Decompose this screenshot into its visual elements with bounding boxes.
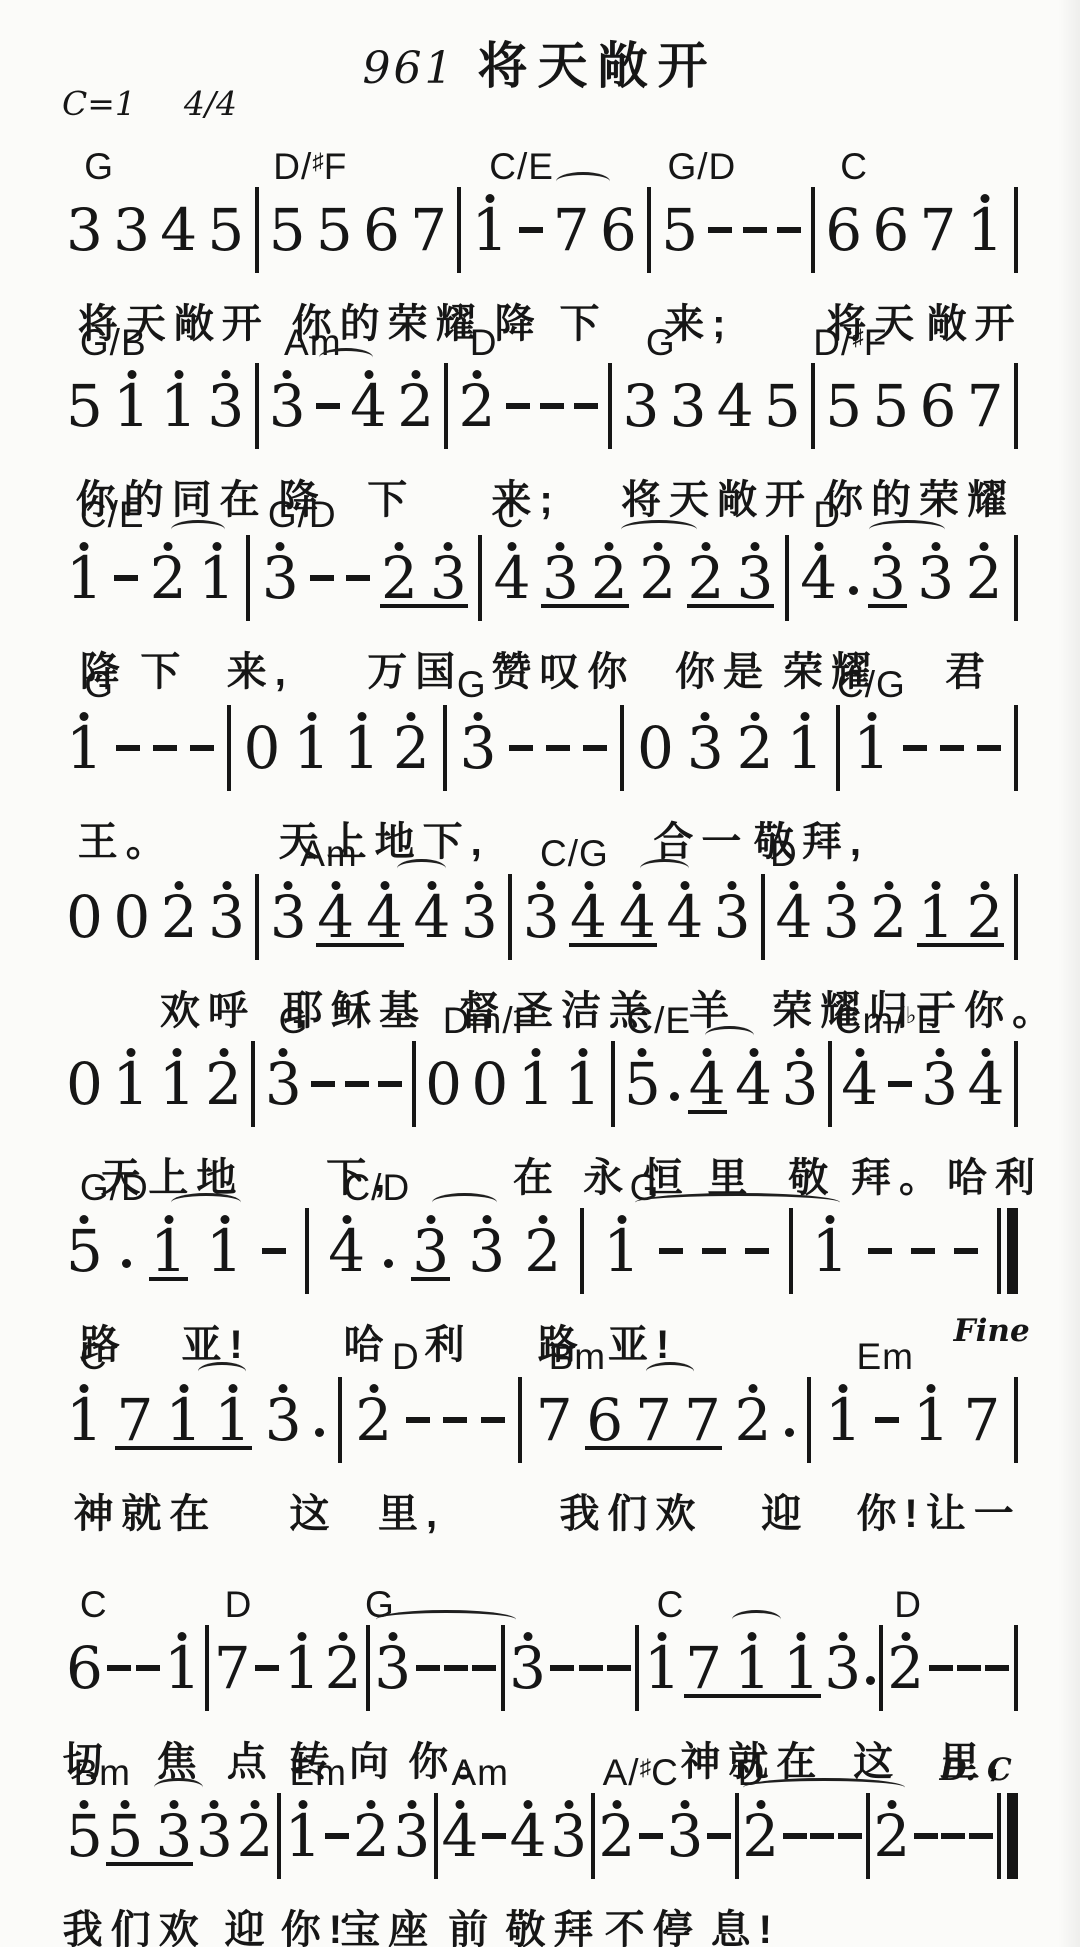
- barline: [305, 1208, 309, 1294]
- barline: [1014, 1377, 1018, 1463]
- note-digit: 6: [600, 186, 637, 274]
- note-digit-high: 3: [461, 873, 498, 961]
- note-digit-high: 4: [328, 1207, 365, 1295]
- sheet-music-page: 961将天敞开 C=14/4 GD/♯FC/EG/DC3345556717656…: [0, 0, 1080, 1947]
- note-digit-high: 4: [414, 873, 451, 961]
- rest-note: 0: [637, 704, 674, 792]
- note-digit-high: 1: [66, 704, 103, 792]
- note-digit-high: 3: [374, 1624, 411, 1712]
- lyric-syllable: 神就在: [73, 1482, 217, 1539]
- duration-dash: [311, 1081, 335, 1087]
- duration-dash: [583, 745, 607, 751]
- chord-label: Em: [289, 1752, 347, 1794]
- barline: [277, 1793, 281, 1879]
- note-digit-high: 2: [355, 1376, 392, 1464]
- chord-label: C/D: [343, 1167, 410, 1209]
- note-digit-high: 3: [269, 362, 306, 450]
- rest-note: 0: [425, 1040, 462, 1128]
- duration-dash: [509, 745, 533, 751]
- underline-group: 44: [317, 873, 403, 961]
- note-digit-high: 1: [471, 186, 508, 274]
- note-digit-high: 2: [205, 1040, 242, 1128]
- slur-arc: [198, 1362, 247, 1381]
- chord-row: GGC/G: [0, 664, 1080, 702]
- underline-group: 53: [107, 1792, 193, 1880]
- barline: [879, 1625, 883, 1711]
- note-digit-high: 4: [775, 873, 812, 961]
- note-digit-high: 2: [237, 1792, 274, 1880]
- note-digit-high: 3: [207, 362, 244, 450]
- note-digit: 7: [920, 186, 957, 274]
- note-digit-high: 2: [737, 704, 774, 792]
- chord-label: C: [80, 1584, 108, 1626]
- note-digit-high: 3: [468, 1207, 505, 1295]
- note-digit-high: 4: [800, 534, 837, 622]
- note-digit: 3: [66, 186, 103, 274]
- duration-dash: [472, 1665, 496, 1671]
- note-digit-high: 4: [619, 873, 656, 961]
- staff-system-10: BmEmAmA/♯CDD. C553321234432322我们欢迎你!宝座前敬…: [0, 1752, 1080, 1947]
- duration-dash: [540, 403, 564, 409]
- slur-arc: [869, 520, 945, 539]
- note-digit-high: 3: [687, 704, 724, 792]
- augmentation-dot: [122, 1259, 131, 1268]
- accidental: ♯: [312, 148, 324, 174]
- barline: [1014, 874, 1018, 960]
- duration-dash: [743, 227, 767, 233]
- note-digit-high: 1: [913, 1376, 950, 1464]
- slur-arc: [171, 1193, 241, 1212]
- duration-dash: [136, 1665, 160, 1671]
- notes-row: 553321234432322: [66, 1792, 1018, 1880]
- barline: [647, 187, 651, 273]
- duration-dash: [868, 1248, 892, 1254]
- note-digit-high: 1: [159, 1040, 196, 1128]
- chord-label: D/♯F: [273, 146, 347, 188]
- final-barline: [997, 1793, 1018, 1879]
- lyric-syllable: 息!: [711, 1898, 780, 1947]
- underline-group: 23: [688, 534, 774, 622]
- slur-arc: [556, 172, 610, 191]
- song-number: 961: [363, 43, 456, 94]
- lyric-syllable: 宝座: [340, 1898, 436, 1947]
- note-digit-high: 5: [66, 1792, 103, 1880]
- slur-arc: [154, 1778, 203, 1797]
- chord-row: GD/♯FC/EG/DC: [0, 146, 1080, 184]
- final-barline: [997, 1208, 1018, 1294]
- chord-label: Dm/F: [443, 1000, 537, 1042]
- final-barline-thick: [1007, 1208, 1018, 1294]
- chord-label: C: [657, 1584, 685, 1626]
- note-digit-high: 1: [293, 704, 330, 792]
- notes-row: 1213234322234332: [66, 534, 1018, 622]
- chord-label: G: [279, 1000, 309, 1042]
- barline: [635, 1625, 639, 1711]
- slur-arc: [319, 348, 373, 367]
- note-digit-high: 1: [825, 1376, 862, 1464]
- duration-dash: [977, 745, 1001, 751]
- note-digit: 7: [214, 1624, 251, 1712]
- duration-dash: [574, 403, 598, 409]
- barline: [227, 705, 231, 791]
- da-capo-mark: D. C: [940, 1752, 1012, 1788]
- note-digit-high: 1: [113, 362, 150, 450]
- note-digit-high: 1: [967, 186, 1004, 274]
- rest-note: 0: [66, 1040, 103, 1128]
- underline-group: 711: [685, 1624, 820, 1712]
- note-digit-high: 3: [542, 534, 579, 622]
- rest-note: 0: [66, 873, 103, 961]
- note-digit: 5: [764, 362, 801, 450]
- barline: [251, 1041, 255, 1127]
- note-digit: 4: [160, 186, 197, 274]
- lyric-syllable: 里,: [378, 1482, 445, 1539]
- accidental: ♯: [640, 1754, 652, 1780]
- note-digit-high: 2: [966, 534, 1003, 622]
- notes-row: 0023344433444343212: [66, 873, 1018, 961]
- rest-note: 0: [471, 1040, 508, 1128]
- barline: [478, 535, 482, 621]
- note-digit-high: 2: [688, 534, 725, 622]
- slur-arc: [376, 1610, 516, 1629]
- barline: [761, 874, 765, 960]
- barline: [828, 1041, 832, 1127]
- slur-arc: [646, 1362, 695, 1381]
- barline: [608, 363, 612, 449]
- lyrics-row: 神就在这里,我们欢迎你!让一: [0, 1482, 1080, 1532]
- chord-label: Bm: [73, 1752, 131, 1794]
- note-digit-high: 3: [393, 1792, 430, 1880]
- note-digit-high: 3: [460, 704, 497, 792]
- note-digit-high: 3: [509, 1624, 546, 1712]
- note-digit: 5: [66, 362, 103, 450]
- note-digit: 5: [661, 186, 698, 274]
- notes-row: 3345556717656671: [66, 186, 1018, 274]
- underline-group: 4: [689, 1040, 726, 1128]
- note-digit-high: 3: [155, 1792, 192, 1880]
- chord-label: D: [470, 322, 498, 364]
- barline: [1014, 1625, 1018, 1711]
- note-digit: 6: [872, 186, 909, 274]
- duration-dash: [888, 1081, 912, 1087]
- note-digit-high: 2: [591, 534, 628, 622]
- duration-dash: [985, 1665, 1009, 1671]
- chord-label: C: [80, 1336, 108, 1378]
- barline: [1014, 1041, 1018, 1127]
- notes-row: 17113276772117: [66, 1376, 1018, 1464]
- note-digit-high: 3: [714, 873, 751, 961]
- note-digit: 7: [116, 1376, 153, 1464]
- duration-dash: [316, 403, 340, 409]
- final-barline-thick: [1007, 1793, 1018, 1879]
- lyric-syllable: 敬拜: [505, 1898, 601, 1947]
- duration-dash: [346, 575, 370, 581]
- chord-row: G/DC/DG: [0, 1167, 1080, 1205]
- chord-label: C/E: [626, 1000, 691, 1042]
- lyric-syllable: 迎: [225, 1898, 273, 1947]
- note-digit-high: 1: [786, 704, 823, 792]
- note-digit-high: 1: [66, 1376, 103, 1464]
- staff-system-7: G/DC/DG511433211路亚!哈利路亚!Fine: [0, 1167, 1080, 1363]
- duration-dash: [406, 1417, 430, 1423]
- barline: [836, 705, 840, 791]
- duration-dash: [707, 1833, 731, 1839]
- chord-label: C: [840, 146, 868, 188]
- staff-system-3: C/EG/DCD1213234322234332降下来,万国赞叹你你是荣耀君: [0, 494, 1080, 690]
- staff-system-1: GD/♯FC/EG/DC3345556717656671将天敞开你的荣耀降下来;…: [0, 146, 1080, 342]
- note-digit-high: 2: [161, 873, 198, 961]
- note-digit-high: 2: [393, 704, 430, 792]
- chord-row: CDBmEm: [0, 1336, 1080, 1374]
- note-digit-high: 2: [873, 1792, 910, 1880]
- underline-group: 32: [542, 534, 628, 622]
- note-digit-high: 3: [823, 873, 860, 961]
- duration-dash: [378, 1081, 402, 1087]
- notes-row: 10112303211: [66, 704, 1018, 792]
- note-digit-high: 2: [459, 362, 496, 450]
- duration-dash: [416, 1665, 440, 1671]
- note-digit: 5: [825, 362, 862, 450]
- note-digit: 6: [920, 362, 957, 450]
- augmentation-dot: [866, 1676, 875, 1685]
- chord-label: D: [770, 833, 798, 875]
- barline: [412, 1041, 416, 1127]
- note-digit-high: 1: [644, 1624, 681, 1712]
- duration-dash: [702, 1248, 726, 1254]
- note-digit: 3: [670, 362, 707, 450]
- underline-group: 3: [412, 1207, 449, 1295]
- barline: [811, 363, 815, 449]
- note-digit-high: 1: [283, 1624, 320, 1712]
- slur-arc: [635, 1193, 840, 1212]
- note-digit-high: 2: [639, 534, 676, 622]
- duration-dash: [777, 227, 801, 233]
- note-digit-high: 3: [196, 1792, 233, 1880]
- key-label: C=1: [62, 84, 136, 123]
- note-digit-high: 3: [667, 1792, 704, 1880]
- note-digit-high: 5: [624, 1040, 661, 1128]
- note-digit-high: 1: [285, 1792, 322, 1880]
- notes-row: 511433211: [66, 1207, 1018, 1295]
- duration-dash: [107, 1665, 131, 1671]
- note-digit: 7: [553, 186, 590, 274]
- duration-dash: [929, 1665, 953, 1671]
- note-digit-high: 1: [918, 873, 955, 961]
- note-digit-high: 1: [160, 362, 197, 450]
- notes-row: 5113342233455567: [66, 362, 1018, 450]
- augmentation-dot: [849, 586, 858, 595]
- duration-dash: [903, 745, 927, 751]
- barline: [611, 1041, 615, 1127]
- notes-row: 0112300115443434: [66, 1040, 1018, 1128]
- note-digit-high: 3: [208, 873, 245, 961]
- barline: [246, 535, 250, 621]
- slur-arc: [705, 1026, 754, 1045]
- barline: [1014, 535, 1018, 621]
- note-digit: 3: [623, 362, 660, 450]
- note-digit-high: 3: [550, 1792, 587, 1880]
- barline: [591, 1793, 595, 1879]
- underline-group: 1: [150, 1207, 187, 1295]
- note-digit-high: 1: [214, 1376, 251, 1464]
- duration-dash: [506, 403, 530, 409]
- chord-row: GDm/FC/ECm/♭E: [0, 1000, 1080, 1038]
- barline: [807, 1377, 811, 1463]
- note-digit: 6: [586, 1376, 623, 1464]
- note-digit: 7: [635, 1376, 672, 1464]
- slur-arc: [743, 1778, 905, 1797]
- note-digit-high: 2: [887, 1624, 924, 1712]
- lyric-syllable: 前: [448, 1898, 496, 1947]
- augmentation-dot: [315, 1428, 324, 1437]
- duration-dash: [708, 227, 732, 233]
- note-digit-high: 3: [430, 534, 467, 622]
- note-digit-high: 4: [317, 873, 354, 961]
- note-digit-high: 1: [603, 1207, 640, 1295]
- note-digit-high: 3: [869, 534, 906, 622]
- barline: [255, 874, 259, 960]
- final-barline-thin: [997, 1793, 1001, 1879]
- note-digit-high: 3: [262, 534, 299, 622]
- chord-label: G: [84, 146, 114, 188]
- note-digit-high: 2: [966, 873, 1003, 961]
- note-digit: 3: [113, 186, 150, 274]
- underline-group: 44: [570, 873, 656, 961]
- chord-label: G/D: [80, 1167, 149, 1209]
- underline-group: 12: [918, 873, 1004, 961]
- note-digit: 6: [66, 1624, 103, 1712]
- note-digit: 7: [963, 1376, 1000, 1464]
- chord-label: A/♯C: [603, 1752, 679, 1794]
- song-title-text: 将天敞开: [477, 38, 717, 94]
- chord-label: C/E: [80, 494, 145, 536]
- duration-dash: [941, 1833, 965, 1839]
- slur-arc: [171, 520, 225, 539]
- note-digit: 7: [685, 1624, 722, 1712]
- time-signature: 4/4: [184, 84, 237, 123]
- note-digit-high: 5: [66, 1207, 103, 1295]
- barline: [255, 187, 259, 273]
- chord-label: G: [646, 322, 676, 364]
- note-digit-high: 1: [112, 1040, 149, 1128]
- note-digit-high: 1: [734, 1624, 771, 1712]
- note-digit-high: 4: [967, 1040, 1004, 1128]
- note-digit-high: 2: [150, 534, 187, 622]
- note-digit: 6: [363, 186, 400, 274]
- duration-dash: [325, 1833, 349, 1839]
- duration-dash: [969, 1833, 993, 1839]
- duration-dash: [745, 1248, 769, 1254]
- chord-label: G: [457, 664, 487, 706]
- duration-dash: [940, 745, 964, 751]
- duration-dash: [345, 1081, 369, 1087]
- note-digit-high: 1: [783, 1624, 820, 1712]
- duration-dash: [444, 1665, 468, 1671]
- duration-dash: [550, 1665, 574, 1671]
- chord-label: C/G: [540, 833, 609, 875]
- barline: [789, 1208, 793, 1294]
- barline: [620, 705, 624, 791]
- chord-label: Am: [300, 833, 358, 875]
- barline: [580, 1208, 584, 1294]
- barline: [205, 1625, 209, 1711]
- augmentation-dot: [785, 1428, 794, 1437]
- lyric-syllable: 我们欢: [559, 1482, 703, 1539]
- barline: [255, 363, 259, 449]
- lyric-syllable: 迎: [761, 1482, 809, 1539]
- chord-label: Cm/♭E: [835, 1000, 942, 1042]
- final-barline-thin: [997, 1208, 1001, 1294]
- note-digit: 7: [410, 186, 447, 274]
- duration-dash: [114, 575, 138, 581]
- note-digit-high: 4: [510, 1792, 547, 1880]
- barline: [338, 1377, 342, 1463]
- barline: [443, 705, 447, 791]
- slur-arc: [640, 859, 689, 878]
- chord-row: G/BAmDGD/♯F: [0, 322, 1080, 360]
- note-digit-high: 1: [198, 534, 235, 622]
- duration-dash: [639, 1833, 663, 1839]
- duration-dash: [875, 1417, 899, 1423]
- duration-dash: [954, 1248, 978, 1254]
- slur-arc: [732, 1610, 781, 1629]
- duration-dash: [519, 227, 543, 233]
- note-digit-high: 3: [265, 1376, 302, 1464]
- note-digit-high: 2: [381, 534, 418, 622]
- slur-arc: [432, 1193, 497, 1212]
- underline-group: 3: [869, 534, 906, 622]
- chord-label: G/D: [667, 146, 736, 188]
- note-digit-high: 4: [494, 534, 531, 622]
- note-digit: 5: [316, 186, 353, 274]
- barline: [366, 1625, 370, 1711]
- duration-dash: [116, 745, 140, 751]
- staff-system-4: GGC/G10112303211王。天上地下,合一敬拜,: [0, 664, 1080, 860]
- note-digit-high: 4: [366, 873, 403, 961]
- chord-label: Am: [451, 1752, 509, 1794]
- duration-dash: [255, 1665, 279, 1671]
- note-digit: 4: [717, 362, 754, 450]
- note-digit-high: 2: [870, 873, 907, 961]
- rest-note: 0: [243, 704, 280, 792]
- duration-dash: [607, 1665, 631, 1671]
- slur-arc: [621, 520, 697, 539]
- chord-label: D: [894, 1584, 922, 1626]
- chord-label: C: [497, 494, 525, 536]
- barline: [518, 1377, 522, 1463]
- note-digit-high: 4: [442, 1792, 479, 1880]
- note-digit-high: 3: [523, 873, 560, 961]
- chord-row: CDGCD: [0, 1584, 1080, 1622]
- duration-dash: [546, 745, 570, 751]
- duration-dash: [262, 1248, 286, 1254]
- note-digit-high: 2: [742, 1792, 779, 1880]
- note-digit-high: 1: [165, 1376, 202, 1464]
- duration-dash: [153, 745, 177, 751]
- note-digit-high: 4: [841, 1040, 878, 1128]
- duration-dash: [957, 1665, 981, 1671]
- chord-label: D: [813, 494, 841, 536]
- barline: [1014, 705, 1018, 791]
- note-digit-high: 1: [66, 534, 103, 622]
- duration-dash: [659, 1248, 683, 1254]
- note-digit-high: 3: [265, 1040, 302, 1128]
- lyric-syllable: 不停: [605, 1898, 701, 1947]
- note-digit-high: 2: [325, 1624, 362, 1712]
- note-digit-high: 4: [735, 1040, 772, 1128]
- barline: [434, 1793, 438, 1879]
- barline: [1014, 363, 1018, 449]
